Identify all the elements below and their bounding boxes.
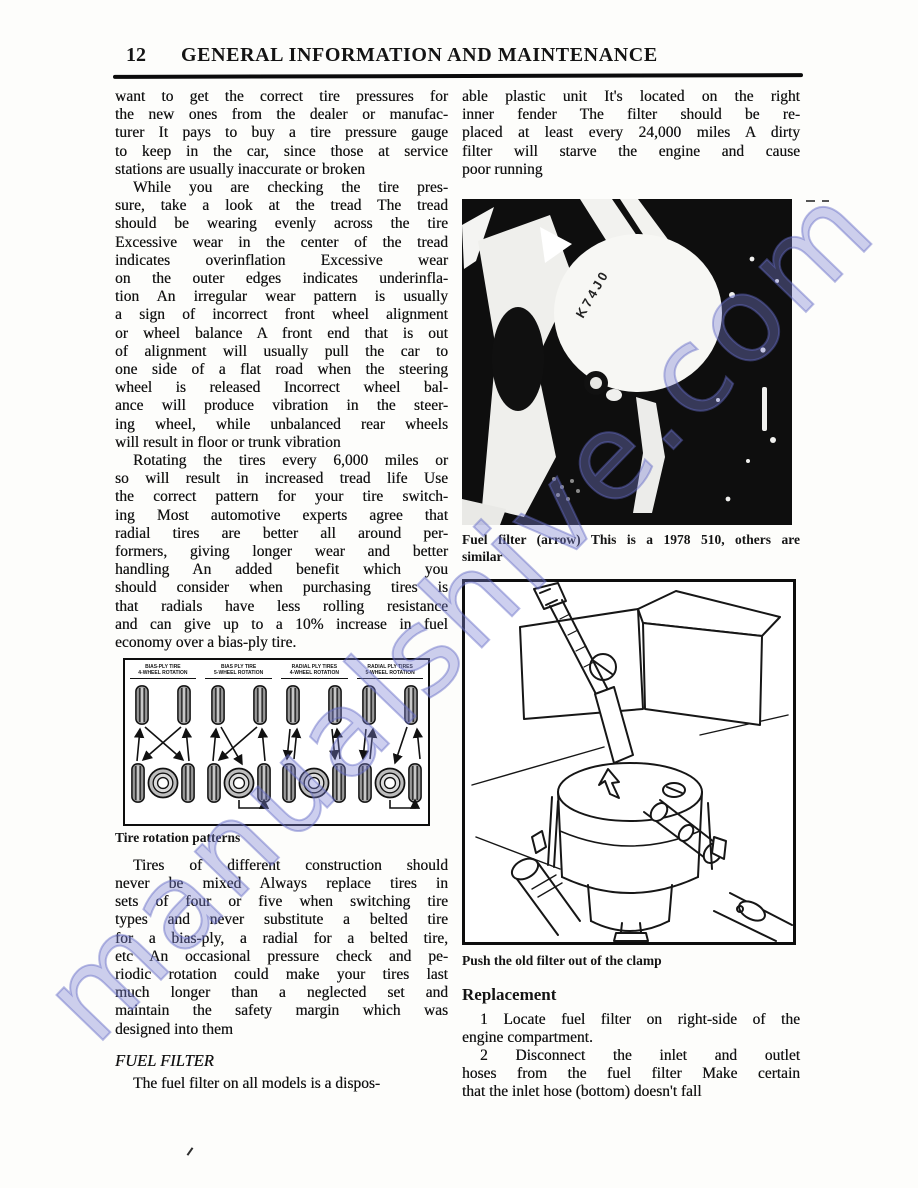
fuel-filter-photo: K74J0 [462,199,792,525]
right-column: able plastic unit It's located on the ri… [462,88,800,1102]
tire-rotation-diagram [126,679,200,815]
header-rule [113,73,803,79]
tire-panel-title: BIAS PLY TIRE 5-WHEEL ROTATION [205,663,272,679]
drawing-caption: Push the old filter out of the clamp [462,953,800,970]
left-column: want to get the correct tire pressures f… [115,88,448,1093]
spare-tire-icon [224,769,253,798]
spare-tire-icon [148,769,177,798]
tire-rotation-diagram [277,679,351,815]
scan-artifact-dash [806,200,815,202]
body-paragraph: able plastic unit It's located on the ri… [462,88,800,179]
scan-artifact-tick [187,1147,194,1156]
tire-panel-bias-4wheel: BIAS-PLY TIRE 4-WHEEL ROTATION [125,663,201,824]
tire-rotation-figure: BIAS-PLY TIRE 4-WHEEL ROTATION [123,658,430,826]
manual-page: 12 GENERAL INFORMATION AND MAINTENANCE w… [0,0,918,1188]
step-paragraph: 2 Disconnect the inlet and outlethoses f… [462,1047,800,1102]
tire-icon [136,686,148,724]
tire-panel-title: RADIAL PLY TIRES 4-WHEEL ROTATION [281,663,348,679]
body-paragraph: The fuel filter on all models is a dispo… [115,1075,448,1093]
tire-rotation-diagram [202,679,276,815]
tire-icon [132,764,144,802]
page-title: GENERAL INFORMATION AND MAINTENANCE [181,44,658,67]
page-number: 12 [126,44,146,67]
spare-tire-icon [376,769,405,798]
tire-icon [182,764,194,802]
body-paragraph: want to get the correct tire pressures f… [115,88,448,179]
step-paragraph: 1 Locate fuel filter on right-side of th… [462,1011,800,1047]
body-paragraph: While you are checking the tire pres-sur… [115,179,448,452]
spare-tire-icon [300,769,329,798]
scan-artifact-dash [822,200,829,202]
tire-rotation-diagram [353,679,427,815]
tire-icon [178,686,190,724]
tire-panel-radial-5wheel: RADIAL PLY TIRES 5-WHEEL ROTATION [352,663,428,824]
tire-panel-bias-5wheel: BIAS PLY TIRE 5-WHEEL ROTATION [201,663,277,824]
tire-panel-title: RADIAL PLY TIRES 5-WHEEL ROTATION [357,663,424,679]
body-paragraph: Tires of different construction shouldne… [115,857,448,1039]
body-paragraph: Rotating the tires every 6,000 miles ors… [115,452,448,652]
figure-caption: Tire rotation patterns [115,830,448,847]
fuel-filter-heading: FUEL FILTER [115,1051,448,1071]
tire-panel-title: BIAS-PLY TIRE 4-WHEEL ROTATION [130,663,197,679]
photo-caption: Fuel filter (arrow) This is a 1978 510, … [462,532,800,565]
tire-panel-radial-4wheel: RADIAL PLY TIRES 4-WHEEL ROTATION [277,663,353,824]
filter-removal-drawing [462,579,796,945]
replacement-heading: Replacement [462,985,800,1005]
